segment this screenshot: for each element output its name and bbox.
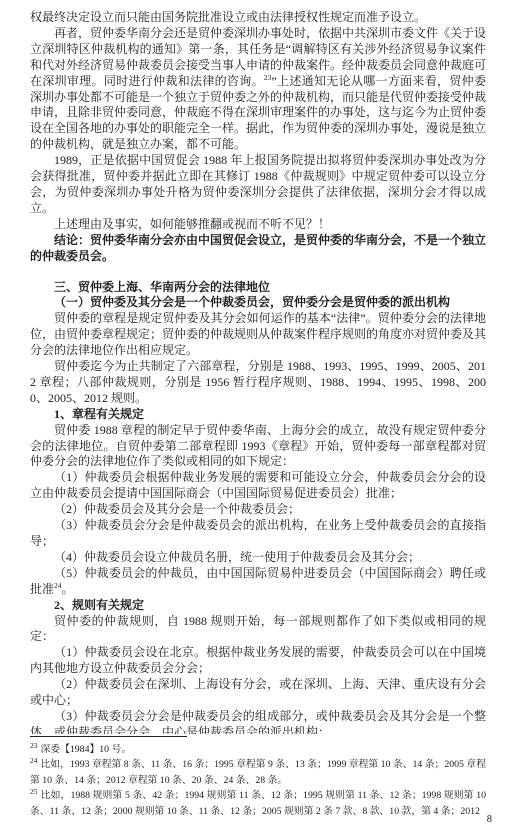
paragraph-continuation: 权最终决定设立而只能由国务院批准设立或由法律授权性规定而准予设立。: [30, 10, 486, 26]
footnote: 25比如，1988 规则第 5 条、42 条；1994 规则第 11 条、12 …: [30, 788, 486, 819]
heading-text: 2、规则有关规定: [54, 598, 144, 612]
footnotes-section: 23深委【1984】10 号。 24比如，1993 章程第 8 条、11 条、1…: [30, 736, 486, 819]
paragraph-text: 。: [62, 582, 74, 596]
section-heading: 三、贸仲委上海、华南两分会的法律地位: [30, 280, 486, 296]
footnote-marker: 24: [30, 756, 38, 765]
paragraph: 上述理由及事实，如何能够推翻或视而不听不见？！: [30, 217, 486, 233]
paragraph-text: 结论：贸仲委华南分会亦由中国贸促会设立，是贸仲委的华南分会，不是一个独立的仲裁委…: [30, 233, 486, 263]
footnote-ref-24: 24: [54, 581, 62, 590]
paragraph-text: （2）仲裁委员会及其分会是一个仲裁委员会；: [54, 502, 300, 516]
footnote-text: 深委【1984】10 号。: [41, 744, 132, 755]
heading-text: 1、章程有关规定: [54, 407, 144, 421]
paragraph-text: 权最终决定设立而只能由国务院批准设立或由法律授权性规定而准予设立。: [30, 10, 426, 24]
footnote-separator: [30, 736, 187, 737]
paragraph-text: 1989，正是依据中国贸促会 1988 年上报国务院提出拟将贸仲委深圳办事处改为…: [30, 153, 486, 215]
footnote: 23深委【1984】10 号。: [30, 742, 486, 757]
paragraph-text: （2）仲裁委员会在深圳、上海设有分会，或在深圳、上海、天津、重庆设有分会或中心；: [30, 677, 486, 707]
paragraph-text: （4）仲裁委员会设立仲裁员名册，统一使用于仲裁委员会及其分会；: [54, 550, 420, 564]
list-item: （5）仲裁委员会的仲裁员，由中国国际贸易仲进委员会（中国国际商会）聘任或批准24…: [30, 566, 486, 598]
body-text: 权最终决定设立而只能由国务院批准设立或由法律授权性规定而准予设立。 再者，贸仲委…: [30, 10, 486, 734]
list-item: （2）仲裁委员会在深圳、上海设有分会，或在深圳、上海、天津、重庆设有分会或中心；: [30, 677, 486, 709]
paragraph-text: 贸仲委 1988 章程的制定早于贸仲委华南、上海分会的成立，故没有规定贸仲委分会…: [30, 423, 486, 469]
paragraph-text: （3）仲裁委员会分会是仲裁委员会的派出机构，在业务上受仲裁委员会的直接指导；: [30, 518, 486, 548]
footnote-text: 比如，1988 规则第 5 条、42 条；1994 规则第 11 条、12 条；…: [30, 790, 486, 816]
paragraph-text: 上述理由及事实，如何能够推翻或视而不听不见？！: [54, 217, 330, 231]
paragraph: 1989，正是依据中国贸促会 1988 年上报国务院提出拟将贸仲委深圳办事处改为…: [30, 153, 486, 217]
paragraph: 再者，贸仲委华南分会还是贸仲委深圳办事处时，依据中共深圳市委文件《关于设立深圳特…: [30, 26, 486, 153]
list-item: （2）仲裁委员会及其分会是一个仲裁委员会；: [30, 502, 486, 518]
list-item: （4）仲裁委员会设立仲裁员名册，统一使用于仲裁委员会及其分会；: [30, 550, 486, 566]
paragraph-text: 贸仲委迄今为止共制定了六部章程，分别是 1988、1993、1995、1999、…: [30, 359, 486, 405]
list-item: （1）仲裁委员会根据仲裁业务发展的需要和可能设立分会，仲裁委员会分会的设立由仲裁…: [30, 470, 486, 502]
paragraph: 贸仲委的章程是规定贸仲委及其分会如何运作的基本“法律”。贸仲委分会的法律地位，由…: [30, 311, 486, 359]
heading-text: 三、贸仲委上海、华南两分会的法律地位: [54, 280, 270, 294]
heading-text: （一）贸仲委及其分会是一个仲裁委员会，贸仲委分会是贸仲委的派出机构: [54, 295, 450, 309]
conclusion-paragraph: 结论：贸仲委华南分会亦由中国贸促会设立，是贸仲委的华南分会，不是一个独立的仲裁委…: [30, 233, 486, 265]
numbered-heading: 2、规则有关规定: [30, 598, 486, 614]
paragraph-text: （5）仲裁委员会的仲裁员，由中国国际贸易仲进委员会（中国国际商会）聘任或批准: [30, 566, 486, 596]
paragraph-text: 贸仲委的章程是规定贸仲委及其分会如何运作的基本“法律”。贸仲委分会的法律地位，由…: [30, 311, 486, 357]
list-item: （3）仲裁委员会分会是仲裁委员会的组成部分，或仲裁委员会及其分会是一个整体，或仲…: [30, 709, 486, 734]
footnote-marker: 25: [30, 787, 38, 796]
footnote: 24比如，1993 章程第 8 条、11 条、16 条；1995 章程第 9 条…: [30, 757, 486, 788]
paragraph-text: 贸仲委的仲裁规则，自 1988 规则开始，每一部规则都作了如下类似或相同的规定：: [30, 614, 486, 644]
document-page: 权最终决定设立而只能由国务院批准设立或由法律授权性规定而准予设立。 再者，贸仲委…: [0, 0, 515, 838]
subsection-heading: （一）贸仲委及其分会是一个仲裁委员会，贸仲委分会是贸仲委的派出机构: [30, 295, 486, 311]
list-item: （3）仲裁委员会分会是仲裁委员会的派出机构，在业务上受仲裁委员会的直接指导；: [30, 518, 486, 550]
footnote-text: 比如，1993 章程第 8 条、11 条、16 条；1995 章程第 9 条、1…: [30, 759, 486, 785]
paragraph-text: （1）仲裁委员会根据仲裁业务发展的需要和可能设立分会，仲裁委员会分会的设立由仲裁…: [30, 470, 486, 500]
paragraph: 贸仲委的仲裁规则，自 1988 规则开始，每一部规则都作了如下类似或相同的规定：: [30, 614, 486, 646]
numbered-heading: 1、章程有关规定: [30, 407, 486, 423]
paragraph-text: （3）仲裁委员会分会是仲裁委员会的组成部分，或仲裁委员会及其分会是一个整体，或仲…: [30, 709, 486, 734]
paragraph-text: （1）仲裁委员会设在北京。根据仲裁业务发展的需要，仲裁委员会可以在中国境内其他地…: [30, 645, 486, 675]
page-number: 8: [487, 814, 492, 825]
footnote-marker: 23: [30, 741, 38, 750]
list-item: （1）仲裁委员会设在北京。根据仲裁业务发展的需要，仲裁委员会可以在中国境内其他地…: [30, 645, 486, 677]
paragraph: 贸仲委迄今为止共制定了六部章程，分别是 1988、1993、1995、1999、…: [30, 359, 486, 407]
paragraph: 贸仲委 1988 章程的制定早于贸仲委华南、上海分会的成立，故没有规定贸仲委分会…: [30, 423, 486, 471]
